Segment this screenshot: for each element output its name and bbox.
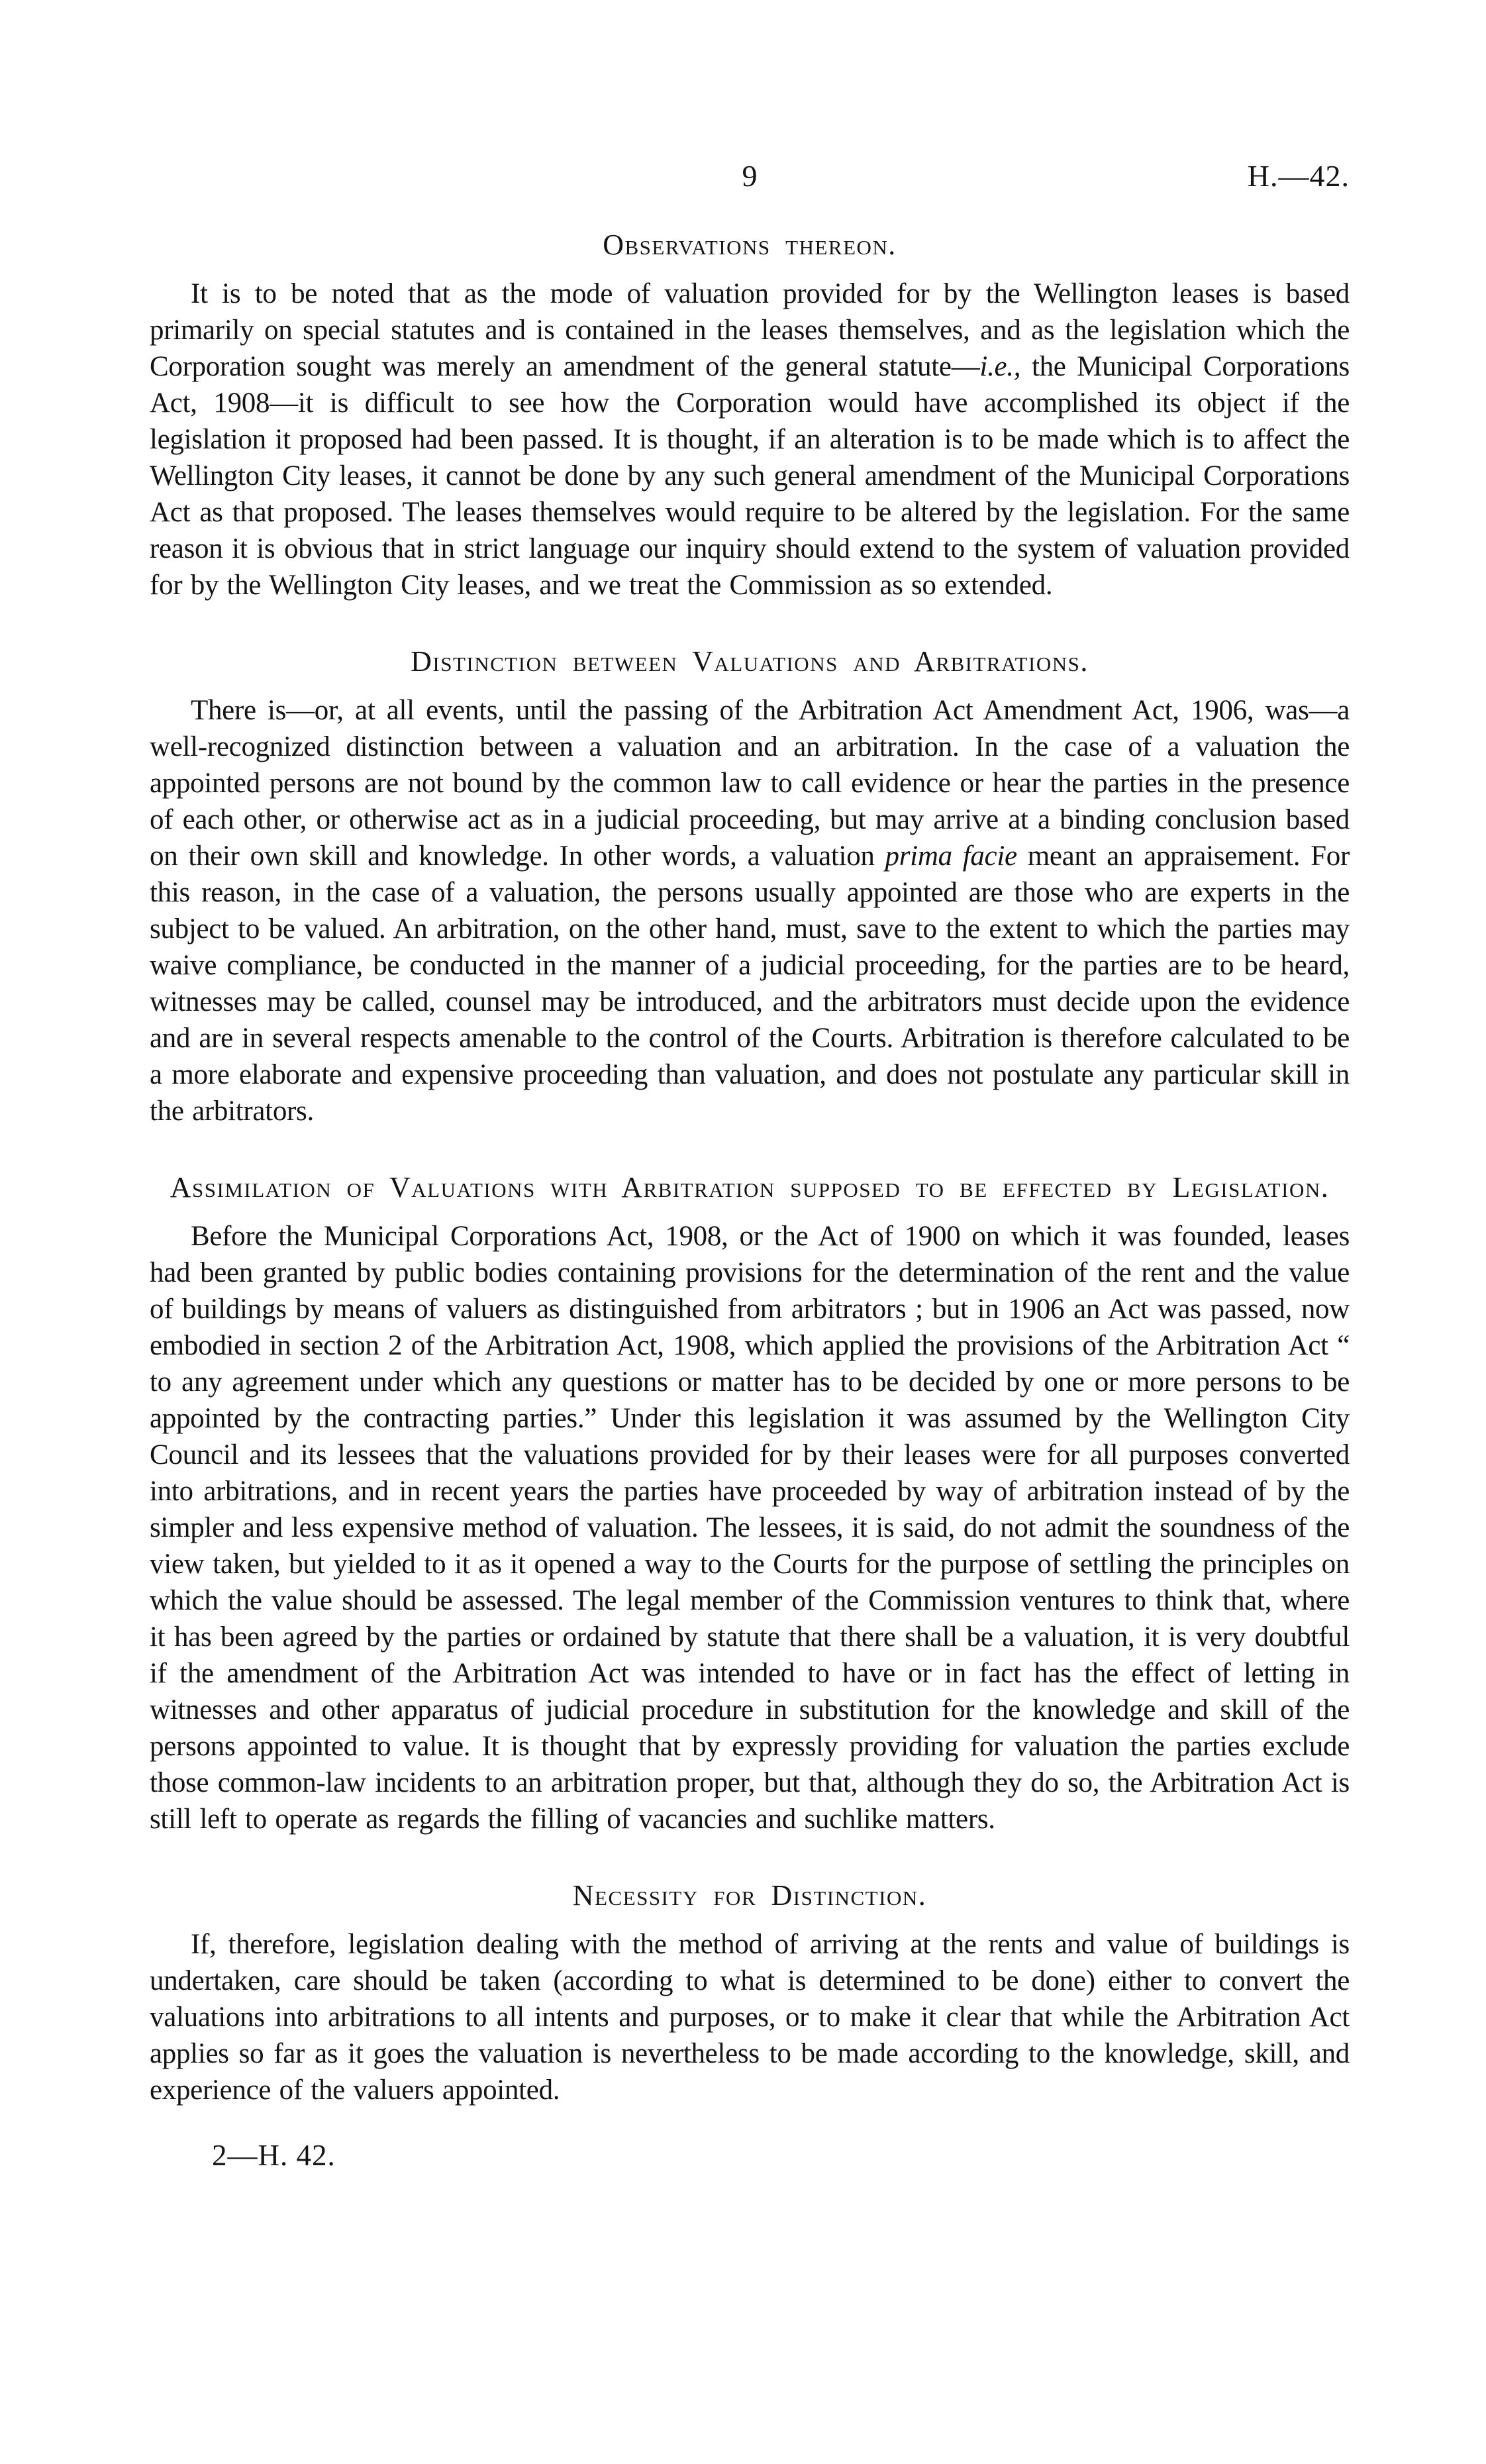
paragraph: If, therefore, legislation dealing with …	[150, 1926, 1350, 2108]
paragraph: Before the Municipal Corporations Act, 1…	[150, 1218, 1350, 1837]
section-heading-necessity: Necessity for Distinction.	[150, 1876, 1350, 1916]
section-necessity-for-distinction: Necessity for Distinction. If, therefore…	[150, 1876, 1350, 2108]
paragraph: It is to be noted that as the mode of va…	[150, 276, 1350, 603]
paragraph: There is—or, at all events, until the pa…	[150, 692, 1350, 1129]
sheet-signature: 2—H. 42.	[212, 2139, 336, 2172]
document-page: 9 H.—42. Observations thereon. It is to …	[0, 0, 1486, 2464]
section-heading-assimilation: Assimilation of Valuations with Arbitrat…	[150, 1168, 1350, 1207]
section-assimilation-of-valuations: Assimilation of Valuations with Arbitrat…	[150, 1168, 1350, 1837]
section-observations-thereon: Observations thereon. It is to be noted …	[150, 225, 1350, 603]
document-reference: H.—42.	[1248, 158, 1350, 194]
page-header: 9 H.—42.	[150, 158, 1350, 197]
section-distinction-between-valuations-and-arbitrations: Distinction between Valuations and Arbit…	[150, 642, 1350, 1129]
page-number: 9	[742, 158, 758, 194]
section-heading-distinction: Distinction between Valuations and Arbit…	[150, 642, 1350, 682]
document-body: Observations thereon. It is to be noted …	[150, 225, 1350, 2108]
page-footer: 2—H. 42.	[150, 2137, 1350, 2174]
section-heading-observations-thereon: Observations thereon.	[150, 225, 1350, 265]
